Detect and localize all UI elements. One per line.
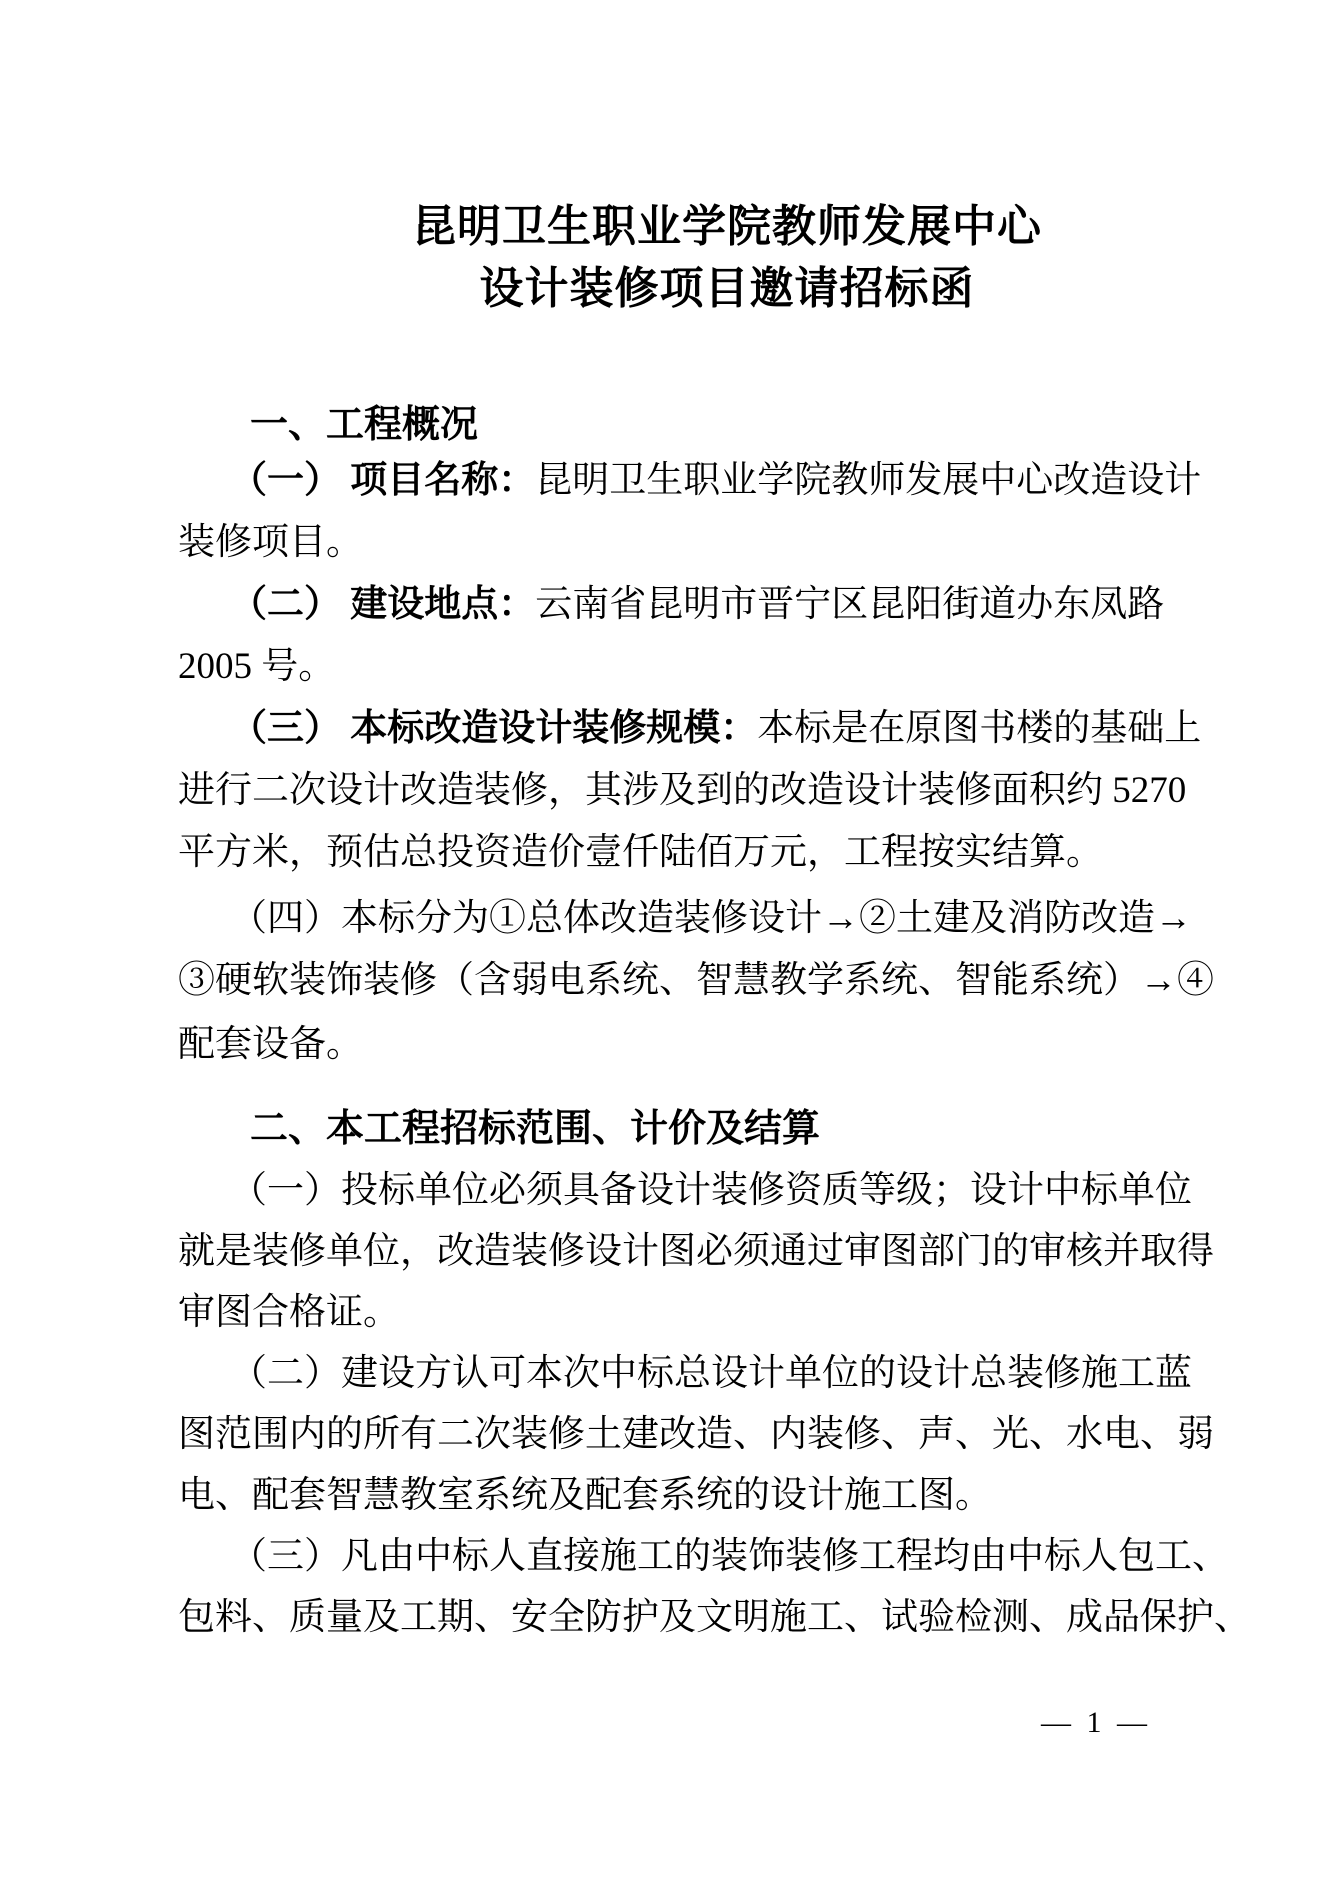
document-title-line: 设计装修项目邀请招标函 xyxy=(0,262,1337,316)
paragraph-continuation-line: 配套设备。 xyxy=(178,1022,1190,1068)
paragraph-continuation-line: 包料、质量及工期、安全防护及文明施工、试验检测、成品保护、 xyxy=(178,1595,1190,1641)
document-title-line: 昆明卫生职业学院教师发展中心 xyxy=(0,200,1337,254)
section-heading: 一、工程概况 xyxy=(178,402,1190,448)
paragraph-first-line: （二）建设方认可本次中标总设计单位的设计总装修施工蓝 xyxy=(178,1351,1190,1397)
paragraph-continuation-line: 审图合格证。 xyxy=(178,1290,1190,1336)
section-heading: 二、本工程招标范围、计价及结算 xyxy=(178,1106,1190,1152)
paragraph-lead-in: （三） 本标改造设计装修规模： xyxy=(230,708,757,749)
paragraph-first-line: （四）本标分为①总体改造装修设计→②土建及消防改造→ xyxy=(178,896,1190,942)
paragraph-continuation-line: 装修项目。 xyxy=(178,520,1190,566)
paragraph-continuation-line: 平方米，预估总投资造价壹仟陆佰万元，工程按实结算。 xyxy=(178,830,1190,876)
page-number: — 1 — xyxy=(1041,1706,1151,1740)
paragraph-first-line: （三） 本标改造设计装修规模：本标是在原图书楼的基础上 xyxy=(178,706,1190,752)
paragraph-lead-in: （二） 建设地点： xyxy=(230,584,535,625)
paragraph-first-line: （一）投标单位必须具备设计装修资质等级；设计中标单位 xyxy=(178,1168,1190,1214)
paragraph-text: 本标是在原图书楼的基础上 xyxy=(757,708,1201,749)
paragraph-first-line: （一） 项目名称：昆明卫生职业学院教师发展中心改造设计 xyxy=(178,458,1190,504)
paragraph-continuation-line: 图范围内的所有二次装修土建改造、内装修、声、光、水电、弱 xyxy=(178,1412,1190,1458)
paragraph-continuation-line: 进行二次设计改造装修，其涉及到的改造设计装修面积约 5270 xyxy=(178,768,1190,814)
paragraph-continuation-line: 2005 号。 xyxy=(178,644,1190,690)
paragraph-continuation-line: ③硬软装饰装修（含弱电系统、智慧教学系统、智能系统）→④ xyxy=(178,958,1190,1004)
paragraph-first-line: （二） 建设地点：云南省昆明市晋宁区昆阳街道办东凤路 xyxy=(178,582,1190,628)
paragraph-continuation-line: 电、配套智慧教室系统及配套系统的设计施工图。 xyxy=(178,1473,1190,1519)
paragraph-text: 昆明卫生职业学院教师发展中心改造设计 xyxy=(535,460,1201,501)
paragraph-first-line: （三）凡由中标人直接施工的装饰装修工程均由中标人包工、 xyxy=(178,1534,1190,1580)
document-page: 昆明卫生职业学院教师发展中心设计装修项目邀请招标函一、工程概况（一） 项目名称：… xyxy=(0,0,1337,1891)
paragraph-text: 云南省昆明市晋宁区昆阳街道办东凤路 xyxy=(535,584,1164,625)
paragraph-lead-in: （一） 项目名称： xyxy=(230,460,535,501)
paragraph-continuation-line: 就是装修单位，改造装修设计图必须通过审图部门的审核并取得 xyxy=(178,1229,1190,1275)
